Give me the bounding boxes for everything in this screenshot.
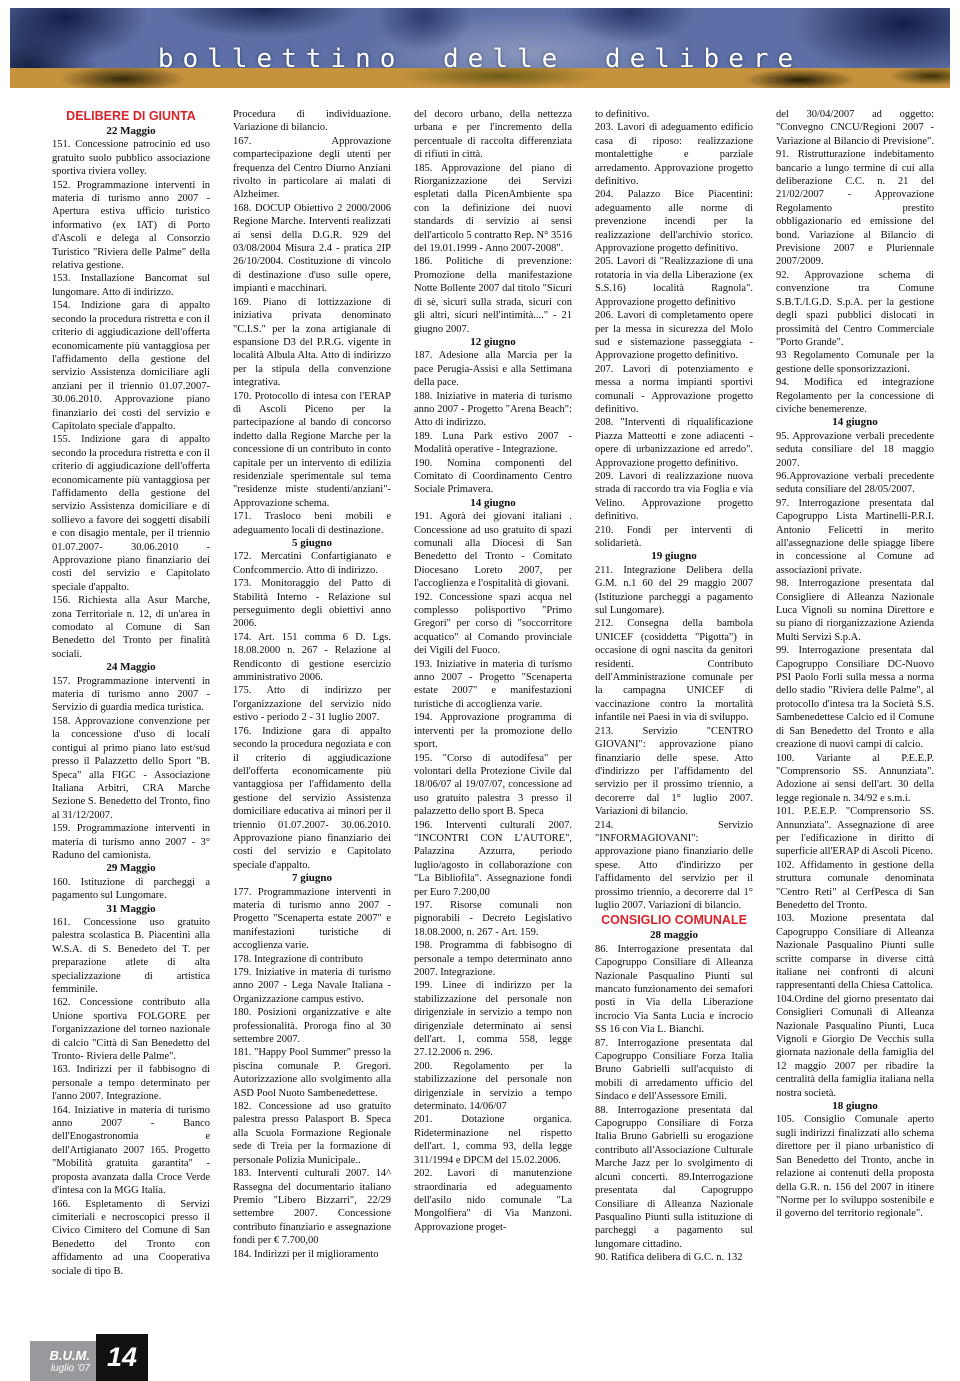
delibera-item: 193. Iniziative in materia di turismo an… [414,658,572,712]
date-heading: 7 giugno [233,872,391,885]
delibera-item: 194. Approvazione programma di intervent… [414,711,572,751]
delibera-item: 186. Politiche di prevenzione: Promozion… [414,255,572,335]
delibera-item: 97. Interrogazione presentata dal Capogr… [776,497,934,577]
delibera-item: 183. Interventi culturali 2007. 14^ Rass… [233,1167,391,1247]
delibera-item: 151. Concessione patrocinio ed uso gratu… [52,138,210,178]
delibera-item: 189. Luna Park estivo 2007 - Modalità op… [414,430,572,457]
delibera-item: 190. Nomina componenti del Comitato di C… [414,457,572,497]
delibera-item: 181. "Happy Pool Summer" presso la pisci… [233,1046,391,1100]
issue-label: luglio '07 [32,1363,90,1375]
bulletin-page: bollettino delle delibere DELIBERE DI GI… [0,0,960,1381]
delibera-item: 199. Linee di indirizzo per la stabilizz… [414,979,572,1059]
delibera-item: 154. Indizione gara di appalto secondo l… [52,299,210,433]
delibera-item: 88. Interrogazione presentata dal Capogr… [595,1104,753,1251]
delibera-item: 160. Istituzione di parcheggi a pagament… [52,876,210,903]
delibera-item: 192. Concessione spazi acqua nel comples… [414,591,572,658]
delibera-item: 191. Agorà dei giovani italiani . Conces… [414,510,572,590]
delibera-item: 156. Richiesta alla Asur Marche, zona Te… [52,594,210,661]
delibera-item: 212. Consegna della bambola UNICEF (cosi… [595,617,753,724]
delibera-item: 197. Risorse comunali non pignorabili - … [414,899,572,939]
delibera-item: 185. Approvazione del piano di Riorganiz… [414,162,572,256]
date-heading: 29 Maggio [52,862,210,875]
delibera-item: 152. Programmazione interventi in materi… [52,179,210,273]
date-heading: 12 giugno [414,336,572,349]
delibera-item: to definitivo. [595,108,753,121]
bulletin-issue-box: B.U.M. luglio '07 [30,1341,96,1381]
delibera-item: 162. Concessione contributo alla Unione … [52,996,210,1063]
delibera-item: 86. Interrogazione presentata dal Capogr… [595,943,753,1037]
delibera-item: 153. Installazione Bancomat sul lungomar… [52,272,210,299]
column-3: del decoro urbano, della nettezza urbana… [414,108,572,1336]
delibera-item: 102. Affidamento in gestione della strut… [776,859,934,913]
delibera-item: 170. Protocollo di intesa con l'ERAP di … [233,390,391,511]
delibera-item: 90. Ratifica delibera di G.C. n. 132 [595,1251,753,1264]
delibera-item: 98. Interrogazione presentata dal Consig… [776,577,934,644]
delibera-item: 178. Integrazione di contributo [233,953,391,966]
delibera-item: 166. Espletamento di Servizi cimiteriali… [52,1198,210,1278]
delibera-item: 198. Programma di fabbisogno di personal… [414,939,572,979]
delibera-item: 164. Iniziative in materia di turismo an… [52,1104,210,1198]
delibera-item: 200. Regolamento per la stabilizzazione … [414,1060,572,1114]
delibera-item: 172. Mercatini Confartigianato e Confcom… [233,550,391,577]
date-heading: 24 Maggio [52,661,210,674]
delibera-item: 209. Lavori di realizzazione nuova strad… [595,470,753,524]
delibera-item: 91. Ristrutturazione indebitamento banca… [776,148,934,269]
date-heading: 5 giugno [233,537,391,550]
delibera-item: 155. Indizione gara di appalto secondo l… [52,433,210,594]
delibera-item: 179. Iniziative in materia di turismo an… [233,966,391,1006]
delibera-item: 187. Adesione alla Marcia per la pace Pe… [414,349,572,389]
delibera-item: 188. Iniziative in materia di turismo an… [414,390,572,430]
delibera-item: 180. Posizioni organizzative e alte prof… [233,1006,391,1046]
section-heading: CONSIGLIO COMUNALE [595,913,753,928]
delibera-item: 158. Approvazione convenzione per la con… [52,715,210,822]
page-number: 14 [107,1342,137,1373]
delibera-item: 207. Lavori di potenziamento e messa a n… [595,363,753,417]
date-heading: 18 giugno [776,1100,934,1113]
delibera-item: 159. Programmazione interventi in materi… [52,822,210,862]
delibera-item: 104.Ordine del giorno presentato dai Con… [776,993,934,1100]
delibera-item: del decoro urbano, della nettezza urbana… [414,108,572,162]
delibera-item: 208. "Interventi di riqualificazione Pia… [595,416,753,470]
delibera-item: 87. Interrogazione presentata dal Capogr… [595,1037,753,1104]
column-1: DELIBERE DI GIUNTA22 Maggio151. Concessi… [52,108,210,1336]
delibera-item: 161. Concessione uso gratuito palestra s… [52,916,210,996]
delibera-item: 201. Dotazione organica. Rideterminazion… [414,1113,572,1167]
delibera-item: 171. Trasloco beni mobili e adeguamento … [233,510,391,537]
date-heading: 14 giugno [414,497,572,510]
footer: B.U.M. luglio '07 14 [30,1334,148,1381]
delibera-item: 92. Approvazione schema di convenzione t… [776,269,934,349]
delibera-item: 196. Interventi culturali 2007. "INCONTR… [414,819,572,899]
delibera-item: 184. Indirizzi per il miglioramento [233,1248,391,1261]
page-number-box: 14 [96,1334,148,1381]
columns-container: DELIBERE DI GIUNTA22 Maggio151. Concessi… [52,108,934,1336]
banner-gold-strip [10,68,950,88]
date-heading: 19 giugno [595,550,753,563]
banner: bollettino delle delibere [10,8,950,88]
delibera-item: 214. Servizio "INFORMAGIOVANI": approvaz… [595,819,753,913]
delibera-item: 95. Approvazione verbali precedente sedu… [776,430,934,470]
delibera-item: 105. Consiglio Comunale aperto sugli ind… [776,1113,934,1220]
delibera-item: 173. Monitoraggio del Patto di Stabilità… [233,577,391,631]
delibera-item: 168. DOCUP Obiettivo 2 2000/2006 Regione… [233,202,391,296]
column-5: del 30/04/2007 ad oggetto: "Convegno CNC… [776,108,934,1336]
delibera-item: 99. Interrogazione presentata dal Capogr… [776,644,934,751]
delibera-item: 210. Fondi per interventi di solidarietà… [595,524,753,551]
delibera-item: del 30/04/2007 ad oggetto: "Convegno CNC… [776,108,934,148]
delibera-item: 167. Approvazione compartecipazione degl… [233,135,391,202]
delibera-item: 203. Lavori di adeguamento edificio casa… [595,121,753,188]
delibera-item: 163. Indirizzi per il fabbisogno di pers… [52,1063,210,1103]
delibera-item: 174. Art. 151 comma 6 D. Lgs. 18.08.2000… [233,631,391,685]
delibera-item: 204. Palazzo Bice Piacentini: adeguament… [595,188,753,255]
delibera-item: 177. Programmazione interventi in materi… [233,886,391,953]
delibera-item: 206. Lavori di completamento opere per l… [595,309,753,363]
delibera-item: 169. Piano di lottizzazione di iniziativ… [233,296,391,390]
date-heading: 14 giugno [776,416,934,429]
delibera-item: 182. Concessione ad uso gratuito palestr… [233,1100,391,1167]
date-heading: 31 Maggio [52,903,210,916]
delibera-item: 205. Lavori di "Realizzazione di una rot… [595,255,753,309]
delibera-item: 94. Modifica ed integrazione Regolamento… [776,376,934,416]
section-heading: DELIBERE DI GIUNTA [52,109,210,124]
bulletin-label: B.U.M. [32,1348,90,1363]
delibera-item: 96.Approvazione verbali precedente sedut… [776,470,934,497]
date-heading: 28 maggio [595,929,753,942]
delibera-item: 195. "Corso di autodifesa" per volontari… [414,752,572,819]
delibera-item: 157. Programmazione interventi in materi… [52,675,210,715]
delibera-item: 211. Integrazione Delibera della G.M. n.… [595,564,753,618]
delibera-item: 101. P.E.E.P. "Comprensorio SS. Annunzia… [776,805,934,859]
date-heading: 22 Maggio [52,125,210,138]
delibera-item: 213. Servizio "CENTRO GIOVANI": approvaz… [595,725,753,819]
delibera-item: 175. Atto di indirizzo per l'organizzazi… [233,684,391,724]
delibera-item: 100. Variante al P.E.E.P. "Comprensorio … [776,752,934,806]
delibera-item: 176. Indizione gara di appalto secondo l… [233,725,391,872]
delibera-item: Procedura di individuazione. Variazione … [233,108,391,135]
delibera-item: 103. Mozione presentata dal Capogruppo C… [776,912,934,992]
delibera-item: 93 Regolamento Comunale per la gestione … [776,349,934,376]
column-2: Procedura di individuazione. Variazione … [233,108,391,1336]
column-4: to definitivo.203. Lavori di adeguamento… [595,108,753,1336]
delibera-item: 202. Lavori di manutenzione straordinari… [414,1167,572,1234]
